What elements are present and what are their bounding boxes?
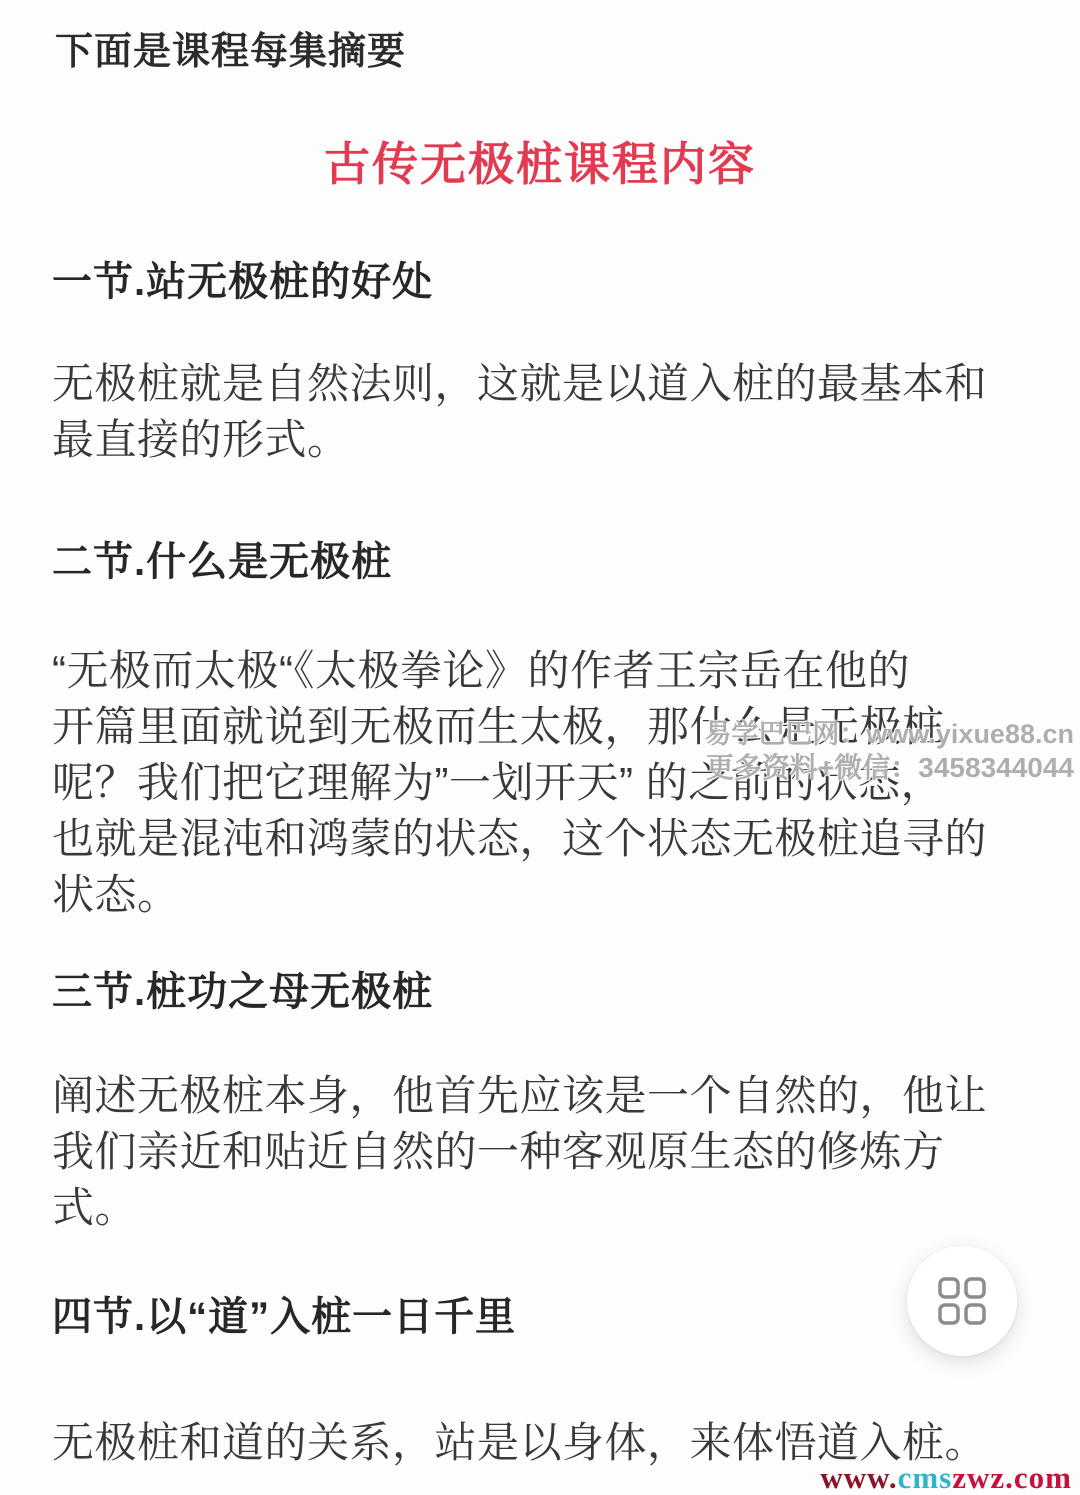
grid-icon xyxy=(937,1276,987,1326)
footer-url-www: www. xyxy=(820,1460,897,1495)
watermark-site-line: 易学巴巴网：www.yixue88.cn xyxy=(704,718,1074,750)
section-1-body: 无极桩就是自然法则，这就是以道入桩的最基本和 最直接的形式。 xyxy=(52,356,1062,468)
intro-heading: 下面是课程每集摘要 xyxy=(55,20,406,75)
footer-url-zwz: zwz.com xyxy=(952,1460,1072,1495)
section-2-heading: 二节.什么是无极桩 xyxy=(52,530,392,587)
section-1-heading: 一节.站无极桩的好处 xyxy=(52,250,433,307)
course-summary-page: 下面是课程每集摘要 古传无极桩课程内容 一节.站无极桩的好处 无极桩就是自然法则… xyxy=(0,0,1080,1495)
section-3-body: 阐述无极桩本身，他首先应该是一个自然的，他让 我们亲近和贴近自然的一种客观原生态… xyxy=(52,1068,1062,1236)
course-title: 古传无极桩课程内容 xyxy=(0,128,1080,194)
grid-menu-button[interactable] xyxy=(907,1246,1017,1356)
section-3-heading: 三节.桩功之母无极桩 xyxy=(52,960,433,1017)
footer-url-cms: cms xyxy=(898,1460,953,1495)
footer-url: www.cmszwz.com xyxy=(820,1460,1072,1495)
watermark: 易学巴巴网：www.yixue88.cn 更多资料+微信：3458344044 xyxy=(704,718,1074,784)
watermark-wechat-line: 更多资料+微信：3458344044 xyxy=(704,752,1074,784)
section-4-heading: 四节.以“道”入桩一日千里 xyxy=(52,1285,516,1342)
